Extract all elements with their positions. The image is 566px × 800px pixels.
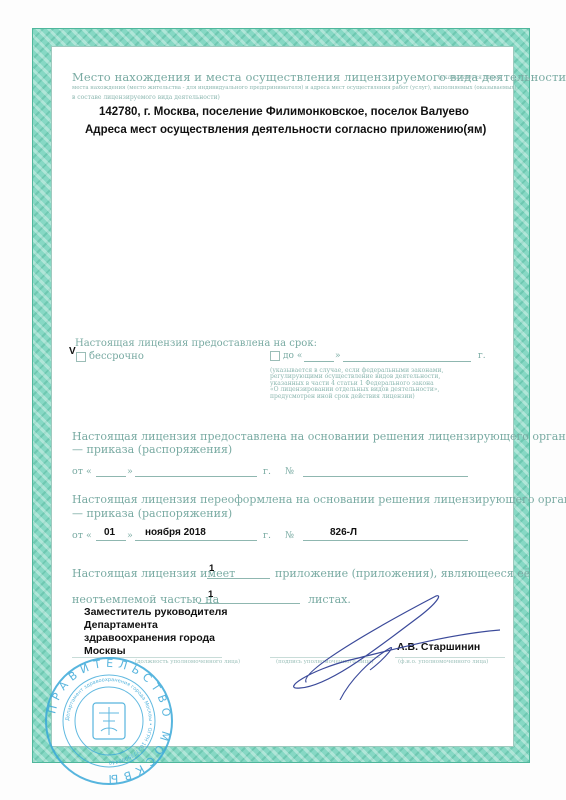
- until-year-suffix: г.: [478, 351, 486, 361]
- granted-month-field[interactable]: [135, 476, 257, 477]
- until-label: до «: [283, 351, 302, 361]
- reissued-month-year: ноября 2018: [145, 527, 206, 538]
- appendix-sheets: 1: [208, 589, 213, 600]
- granted-year-suffix: г.: [263, 466, 271, 477]
- granted-from-label: от «: [72, 466, 92, 477]
- until-quote-close: »: [335, 351, 341, 361]
- location-note-1: (указываются адрес: [438, 74, 502, 81]
- reissued-number-field[interactable]: [303, 540, 468, 541]
- reissued-text-2: — приказа (распоряжения): [72, 507, 232, 520]
- appendix-count: 1: [209, 563, 214, 574]
- granted-number-field[interactable]: [303, 476, 468, 477]
- signature-scribble: [270, 590, 500, 700]
- until-month-field[interactable]: [343, 361, 471, 362]
- granted-quote-close: »: [127, 466, 133, 477]
- indefinite-checkbox[interactable]: [76, 352, 86, 362]
- reissued-number: 826-Л: [330, 527, 357, 538]
- reissued-day: 01: [104, 527, 115, 538]
- reissued-number-label: №: [285, 530, 294, 541]
- term-label: Настоящая лицензия предоставлена на срок…: [75, 338, 317, 349]
- reissued-text-1: Настоящая лицензия переоформлена на осно…: [72, 493, 566, 506]
- appendix-count-field[interactable]: [207, 578, 270, 579]
- reissued-day-field[interactable]: [96, 540, 126, 541]
- reissued-year-suffix: г.: [263, 530, 271, 541]
- reissued-from-label: от «: [72, 530, 92, 541]
- reissued-quote-close: »: [127, 530, 133, 541]
- granted-number-label: №: [285, 466, 294, 477]
- signatory-position: Заместитель руководителя Департамента зд…: [84, 606, 227, 658]
- official-seal: ПРАВИТЕЛЬСТВО МОСКВЫ Департамент здравоо…: [43, 655, 175, 787]
- address: 142780, г. Москва, поселение Филимонковс…: [99, 106, 469, 118]
- appendix-text-after: приложение (приложения), являющееся её: [275, 567, 530, 580]
- appendix-text-line2: неотъемлемой частью на: [72, 593, 219, 606]
- addresses-note: Адреса мест осуществления деятельности с…: [85, 124, 486, 136]
- granted-text-2: — приказа (распоряжения): [72, 443, 232, 456]
- until-day-field[interactable]: [304, 361, 334, 362]
- location-note-3: в составе лицензируемого вида деятельнос…: [72, 94, 220, 101]
- indefinite-label: бессрочно: [89, 351, 144, 362]
- until-checkbox[interactable]: [270, 351, 280, 361]
- granted-day-field[interactable]: [96, 476, 126, 477]
- reissued-month-field[interactable]: [135, 540, 257, 541]
- location-note-2: места нахождения (место жительства - для…: [72, 85, 517, 91]
- until-note: (указывается в случае, если федеральными…: [270, 368, 443, 400]
- granted-text-1: Настоящая лицензия предоставлена на осно…: [72, 430, 566, 443]
- check-mark: V: [69, 346, 76, 357]
